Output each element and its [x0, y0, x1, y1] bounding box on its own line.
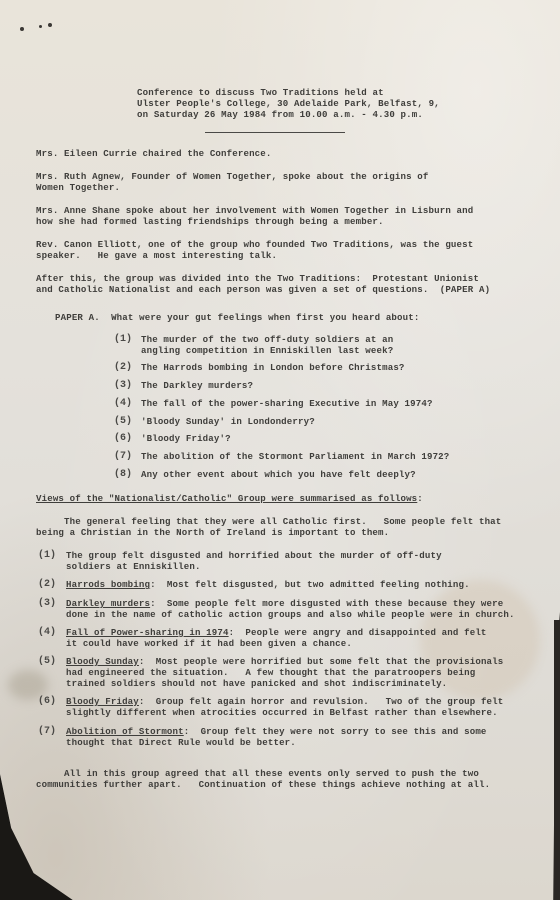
punch-mark — [20, 27, 24, 31]
intro-paragraph: Mrs. Eileen Currie chaired the Conferenc… — [36, 148, 272, 159]
item-number: (7) — [114, 451, 132, 462]
paper-a-prompt: PAPER A. What were your gut feelings whe… — [55, 312, 419, 323]
item-number: (7) — [38, 726, 56, 737]
response-item: Bloody Friday: Group felt again horror a… — [66, 696, 503, 707]
response-item: done in the name of catholic action grou… — [66, 609, 515, 620]
response-item: Fall of Power-sharing in 1974: People we… — [66, 627, 487, 638]
question-item: 'Bloody Friday'? — [141, 433, 231, 444]
intro-paragraph: and Catholic Nationalist and each person… — [36, 284, 490, 295]
response-item: slightly different when atrocities occur… — [66, 707, 498, 718]
document-page: Conference to discuss Two Traditions hel… — [0, 0, 560, 900]
question-item: The murder of the two off-duty soldiers … — [141, 334, 393, 345]
response-item: it could have worked if it had been give… — [66, 638, 352, 649]
item-number: (4) — [38, 627, 56, 638]
header-line-2: Ulster People's College, 30 Adelaide Par… — [137, 98, 440, 109]
question-item: Any other event about which you have fel… — [141, 469, 416, 480]
item-number: (8) — [114, 469, 132, 480]
response-topic: Bloody Friday — [66, 696, 139, 707]
question-item: 'Bloody Sunday' in Londonderry? — [141, 416, 315, 427]
item-number: (6) — [38, 696, 56, 707]
response-topic: Harrods bombing — [66, 579, 150, 590]
header-rule — [205, 132, 345, 133]
general-feeling: The general feeling that they were all C… — [36, 516, 501, 527]
response-item: trained soldiers should not have panicke… — [66, 678, 447, 689]
conclusion: communities further apart. Continuation … — [36, 779, 490, 790]
intro-paragraph: After this, the group was divided into t… — [36, 273, 479, 284]
intro-paragraph: speaker. He gave a most interesting talk… — [36, 250, 277, 261]
background-edge — [554, 620, 560, 900]
question-item: The Darkley murders? — [141, 380, 253, 391]
item-number: (4) — [114, 398, 132, 409]
response-item: Bloody Sunday: Most people were horrifie… — [66, 656, 503, 667]
general-feeling: being a Christian in the North of Irelan… — [36, 527, 389, 538]
response-item: Harrods bombing: Most felt disgusted, bu… — [66, 579, 470, 590]
response-item: The group felt disgusted and horrified a… — [66, 550, 442, 561]
punch-mark — [39, 25, 42, 28]
response-item: had engineered the situation. A few thou… — [66, 667, 475, 678]
item-number: (1) — [114, 334, 132, 345]
intro-paragraph: Rev. Canon Elliott, one of the group who… — [36, 239, 473, 250]
item-number: (2) — [114, 362, 132, 373]
summary-heading: Views of the "Nationalist/Catholic" Grou… — [36, 493, 423, 504]
question-item: The Harrods bombing in London before Chr… — [141, 362, 405, 373]
intro-paragraph: Mrs. Ruth Agnew, Founder of Women Togeth… — [36, 171, 429, 182]
item-number: (5) — [114, 416, 132, 427]
response-item: soldiers at Enniskillen. — [66, 561, 201, 572]
response-topic: Fall of Power-sharing in 1974 — [66, 627, 229, 638]
item-number: (2) — [38, 579, 56, 590]
response-topic: Abolition of Stormont — [66, 726, 184, 737]
intro-paragraph: Women Together. — [36, 182, 120, 193]
item-number: (3) — [38, 598, 56, 609]
header-line-1: Conference to discuss Two Traditions hel… — [137, 87, 384, 98]
item-number: (1) — [38, 550, 56, 561]
item-number: (6) — [114, 433, 132, 444]
question-item: angling competition in Enniskillen last … — [141, 345, 393, 356]
response-topic: Darkley murders — [66, 598, 150, 609]
item-number: (5) — [38, 656, 56, 667]
header-line-3: on Saturday 26 May 1984 from 10.00 a.m. … — [137, 109, 423, 120]
intro-paragraph: Mrs. Anne Shane spoke about her involvem… — [36, 205, 473, 216]
intro-paragraph: how she had formed lasting friendships t… — [36, 216, 384, 227]
question-item: The abolition of the Stormont Parliament… — [141, 451, 449, 462]
punch-mark — [48, 23, 52, 27]
response-item: Darkley murders: Some people felt more d… — [66, 598, 503, 609]
response-item: thought that Direct Rule would be better… — [66, 737, 296, 748]
question-item: The fall of the power-sharing Executive … — [141, 398, 433, 409]
response-item: Abolition of Stormont: Group felt they w… — [66, 726, 487, 737]
item-number: (3) — [114, 380, 132, 391]
response-topic: Bloody Sunday — [66, 656, 139, 667]
conclusion: All in this group agreed that all these … — [36, 768, 479, 779]
